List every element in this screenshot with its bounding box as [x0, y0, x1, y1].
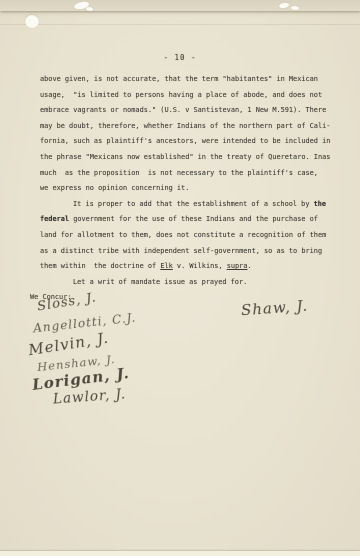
paper-crease: [0, 24, 360, 25]
body-line: usage, "is limited to persons having a p…: [40, 88, 340, 104]
body-line: we express no opinion concerning it.: [40, 181, 340, 197]
body-line: fornia, such as plaintiff's ancestors, w…: [40, 134, 340, 150]
body-line: federal government for the use of these …: [40, 212, 340, 228]
body-line: the phrase "Mexicans now established" in…: [40, 150, 340, 166]
body-line-text: them within the doctrine of: [40, 262, 160, 270]
body-line: may be doubt, therefore, whether Indians…: [40, 119, 340, 135]
body-line: much as the proposition is not necessary…: [40, 166, 340, 182]
supra-underlined: supra: [227, 262, 248, 270]
page-number: - 10 -: [0, 53, 360, 62]
signature-author: Shaw, J.: [240, 297, 308, 320]
paper-top-fold: [0, 0, 360, 11]
body-text: above given, is not accurate, that the t…: [40, 72, 340, 306]
body-line: embrace vagrants or nomads." (U.S. v San…: [40, 103, 340, 119]
bold-word: the: [314, 200, 326, 208]
body-line-text: .: [247, 262, 251, 270]
body-line: them within the doctrine of Elk v. Wilki…: [40, 259, 340, 275]
body-line-text: government for the use of these Indians …: [69, 215, 318, 223]
body-line: as a distinct tribe with independent sel…: [40, 244, 340, 260]
body-line: It is proper to add that the establishme…: [40, 197, 340, 213]
hole-punch: [25, 14, 39, 28]
paper-bottom-edge: [0, 551, 360, 556]
body-line: land for allotment to them, does not con…: [40, 228, 340, 244]
bold-word: federal: [40, 215, 69, 223]
scanned-document-page: - 10 - above given, is not accurate, tha…: [0, 0, 360, 556]
body-line: above given, is not accurate, that the t…: [40, 72, 340, 88]
body-line-text: It is proper to add that the establishme…: [73, 200, 314, 208]
case-name-underlined: Elk: [160, 262, 172, 270]
closing-line: Let a writ of mandate issue as prayed fo…: [40, 275, 340, 291]
body-line-text: v. Wilkins,: [173, 262, 227, 270]
